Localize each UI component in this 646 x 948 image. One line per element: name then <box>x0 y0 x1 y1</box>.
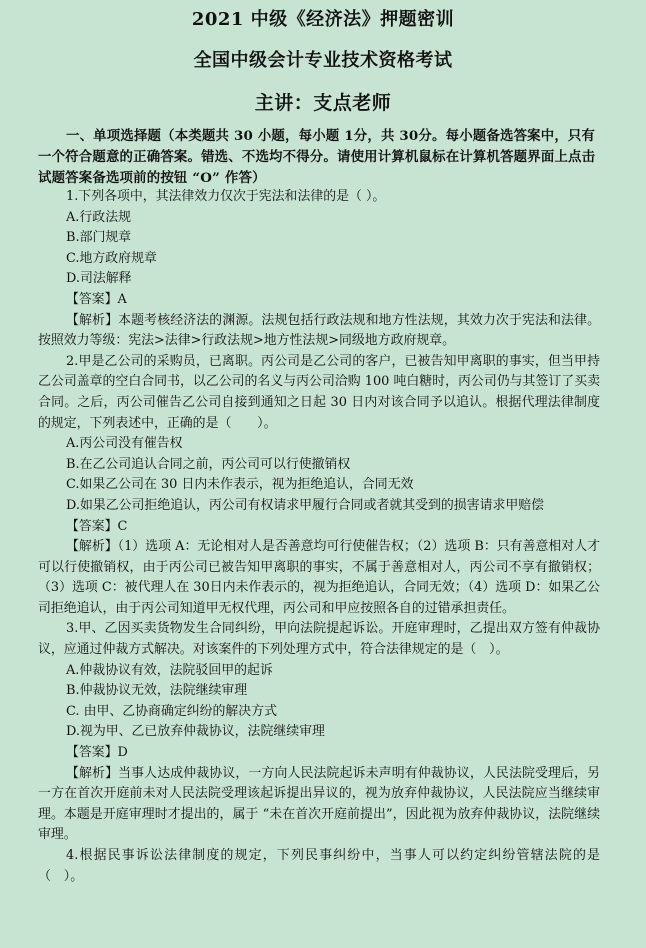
option-d: D.司法解释 <box>38 269 600 290</box>
question-4: 4.根据民事诉讼法律制度的规定，下列民事纠纷中，当事人可以约定纠纷管辖法院的是（… <box>38 846 600 887</box>
answer: 【答案】C <box>38 517 600 538</box>
answer: 【答案】D <box>38 743 600 764</box>
question-stem: 1.下列各项中，其法律效力仅次于宪法和法律的是（ ）。 <box>38 187 600 208</box>
analysis: 【解析】（1）选项 A：无论相对人是否善意均可行使催告权；（2）选项 B：只有善… <box>38 537 600 619</box>
answer: 【答案】A <box>38 290 600 311</box>
document-title: 2021 中级《经济法》押题密训 <box>0 9 646 31</box>
question-stem: 2.甲是乙公司的采购员，已离职。丙公司是乙公司的客户，已被告知甲离职的事实，但当… <box>38 352 600 434</box>
question-stem: 4.根据民事诉讼法律制度的规定，下列民事纠纷中，当事人可以约定纠纷管辖法院的是（… <box>38 846 600 887</box>
analysis: 【解析】当事人达成仲裁协议，一方向人民法院起诉未声明有仲裁协议，人民法院受理后，… <box>38 764 600 846</box>
option-c: C.地方政府规章 <box>38 249 600 270</box>
option-b: B.仲裁协议无效，法院继续审理 <box>38 681 600 702</box>
section-heading: 一、单项选择题（本类题共 30 小题，每小题 1分，共 30分。每小题备选答案中… <box>38 126 598 189</box>
question-1: 1.下列各项中，其法律效力仅次于宪法和法律的是（ ）。 A.行政法规 B.部门规… <box>38 187 600 352</box>
option-c: C.如果乙公司在 30 日内未作表示，视为拒绝追认，合同无效 <box>38 475 600 496</box>
analysis: 【解析】本题考核经济法的渊源。法规包括行政法规和地方性法规，其效力次于宪法和法律… <box>38 311 600 352</box>
lecturer-line: 主讲：支点老师 <box>0 92 646 114</box>
document-subtitle: 全国中级会计专业技术资格考试 <box>0 50 646 72</box>
option-d: D.视为甲、乙已放弃仲裁协议，法院继续审理 <box>38 722 600 743</box>
option-a: A.仲裁协议有效，法院驳回甲的起诉 <box>38 661 600 682</box>
question-3: 3.甲、乙因买卖货物发生合同纠纷，甲向法院提起诉讼。开庭审理时，乙提出双方签有仲… <box>38 619 600 846</box>
option-a: A.行政法规 <box>38 208 600 229</box>
questions-body: 1.下列各项中，其法律效力仅次于宪法和法律的是（ ）。 A.行政法规 B.部门规… <box>38 187 600 887</box>
option-b: B.部门规章 <box>38 228 600 249</box>
option-c: C. 由甲、乙协商确定纠纷的解决方式 <box>38 702 600 723</box>
option-b: B.在乙公司追认合同之前，丙公司可以行使撤销权 <box>38 455 600 476</box>
option-d: D.如果乙公司拒绝追认，丙公司有权请求甲履行合同或者就其受到的损害请求甲赔偿 <box>38 496 600 517</box>
question-stem: 3.甲、乙因买卖货物发生合同纠纷，甲向法院提起诉讼。开庭审理时，乙提出双方签有仲… <box>38 619 600 660</box>
option-a: A.丙公司没有催告权 <box>38 434 600 455</box>
question-2: 2.甲是乙公司的采购员，已离职。丙公司是乙公司的客户，已被告知甲离职的事实，但当… <box>38 352 600 620</box>
document-page: 2021 中级《经济法》押题密训 全国中级会计专业技术资格考试 主讲：支点老师 … <box>0 0 646 948</box>
